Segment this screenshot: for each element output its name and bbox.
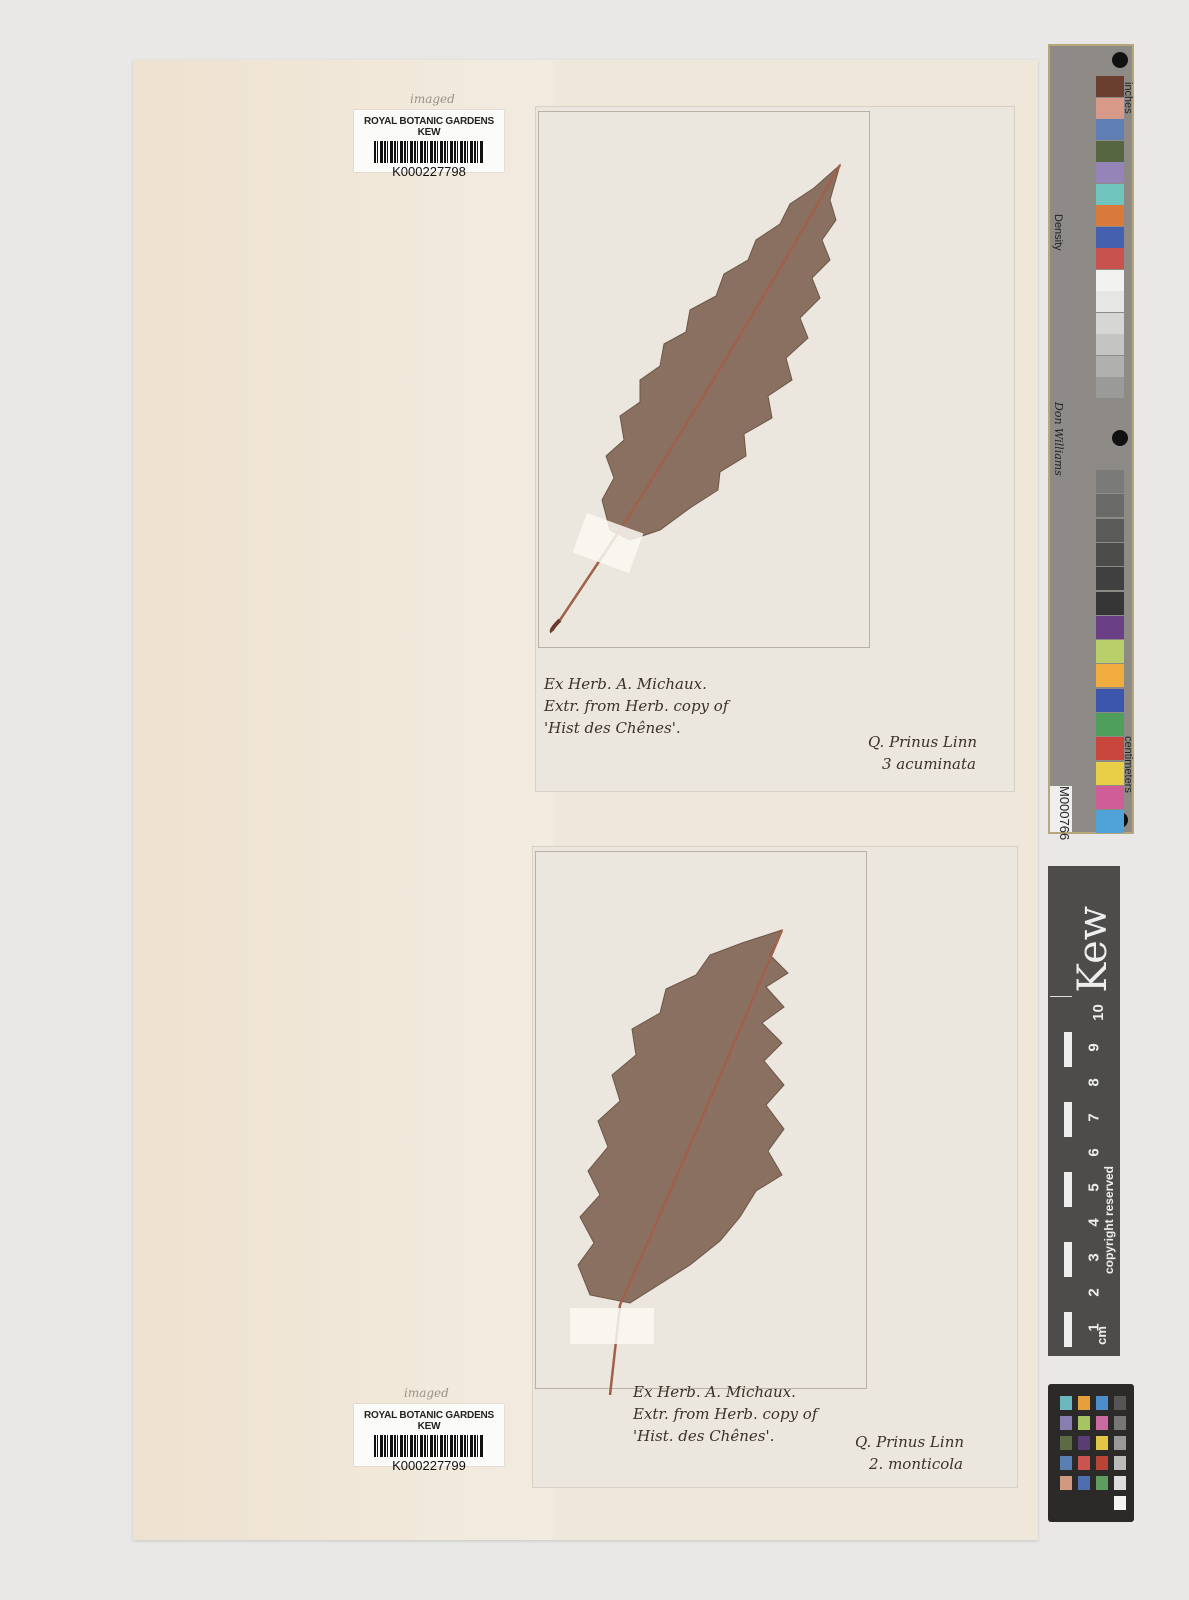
color-swatch — [1096, 76, 1124, 97]
checker-patch — [1096, 1436, 1108, 1450]
scale-segment — [1050, 1276, 1072, 1312]
color-swatch — [1096, 543, 1124, 566]
checker-patch — [1060, 1416, 1072, 1430]
color-swatch — [1096, 270, 1124, 291]
color-swatch — [1096, 567, 1124, 590]
kew-logo: Kew — [1070, 906, 1116, 993]
checker-patch — [1060, 1476, 1072, 1490]
pencil-note: imaged — [410, 92, 455, 106]
color-swatch — [1096, 313, 1124, 334]
checker-patch — [1078, 1476, 1090, 1490]
color-swatch — [1096, 616, 1124, 639]
color-swatch — [1096, 291, 1124, 312]
color-swatch — [1096, 141, 1124, 162]
checker-patch — [1060, 1456, 1072, 1470]
scale-number: 6 — [1086, 1148, 1103, 1156]
color-swatch — [1096, 592, 1124, 615]
color-swatch — [1096, 640, 1124, 663]
barcode-number: K000227799 — [354, 1458, 504, 1473]
scale-number: 3 — [1086, 1253, 1103, 1261]
color-swatch — [1096, 786, 1124, 809]
checker-patch — [1078, 1456, 1090, 1470]
barcode-label-bottom: ROYAL BOTANIC GARDENS KEW K000227799 — [354, 1404, 504, 1466]
checker-gray-patch — [1114, 1436, 1126, 1450]
color-swatch — [1096, 664, 1124, 687]
checker-patch — [1096, 1416, 1108, 1430]
checker-patch — [1096, 1476, 1108, 1490]
scale-number: 2 — [1086, 1288, 1103, 1296]
scale-segment — [1050, 1031, 1072, 1067]
ruler-id: M000766 — [1050, 786, 1072, 832]
checker-gray-patch — [1114, 1456, 1126, 1470]
color-swatch — [1096, 377, 1124, 398]
color-swatch — [1096, 470, 1124, 493]
scale-number: 4 — [1086, 1218, 1103, 1226]
annotation-right: Q. Prinus Linn 3 acuminata — [868, 731, 977, 775]
color-checker-card — [1048, 1384, 1134, 1522]
checker-patch — [1096, 1396, 1108, 1410]
color-swatch — [1096, 184, 1124, 205]
color-swatch — [1096, 494, 1124, 517]
checker-gray-patch — [1114, 1496, 1126, 1510]
color-swatch — [1096, 227, 1124, 248]
checker-patch — [1078, 1416, 1090, 1430]
barcode-number: K000227798 — [354, 164, 504, 179]
pencil-note: imaged — [404, 1386, 449, 1400]
density-label: Density — [1052, 214, 1064, 251]
leaf-specimen-top — [540, 160, 860, 640]
color-swatch — [1096, 713, 1124, 736]
checker-gray-patch — [1114, 1416, 1126, 1430]
barcode — [374, 141, 484, 163]
checker-patch — [1078, 1436, 1090, 1450]
scale-segment — [1050, 1136, 1072, 1172]
scale-number: 8 — [1086, 1078, 1103, 1086]
scale-segment — [1050, 1206, 1072, 1242]
checker-patch — [1078, 1396, 1090, 1410]
sheet-shading — [133, 60, 553, 1540]
scale-number: 1 — [1086, 1323, 1103, 1331]
color-swatch — [1096, 762, 1124, 785]
color-swatch — [1096, 119, 1124, 140]
punch-hole — [1112, 52, 1128, 68]
copyright-text: copyright reserved — [1102, 1166, 1116, 1274]
barcode — [374, 1435, 484, 1457]
color-swatch — [1096, 248, 1124, 269]
scale-number: 9 — [1086, 1043, 1103, 1051]
scale-segment — [1050, 1066, 1072, 1102]
scale-number: 10 — [1090, 1004, 1107, 1021]
scale-segment — [1050, 1311, 1072, 1347]
checker-patch — [1060, 1436, 1072, 1450]
checker-patch — [1096, 1456, 1108, 1470]
checker-gray-patch — [1114, 1476, 1126, 1490]
kew-scale-bar: Kew copyright reserved cm 12345678910 — [1048, 866, 1120, 1356]
color-swatch — [1096, 810, 1124, 833]
color-swatch — [1096, 162, 1124, 183]
color-swatch — [1096, 519, 1124, 542]
color-swatch — [1096, 98, 1124, 119]
color-swatch — [1096, 334, 1124, 355]
scale-segment — [1050, 1241, 1072, 1277]
punch-hole — [1112, 430, 1128, 446]
color-swatch — [1096, 689, 1124, 712]
scale-segment — [1050, 1101, 1072, 1137]
scale-segment — [1050, 1171, 1072, 1207]
tape-strip — [570, 1308, 654, 1344]
annotation-right: Q. Prinus Linn 2. monticola — [855, 1431, 964, 1475]
maker-label: Don Williams — [1052, 402, 1065, 476]
color-density-ruler: inches centimeters Density Don Williams … — [1048, 44, 1134, 834]
scale-number: 7 — [1086, 1113, 1103, 1121]
scale-number: 5 — [1086, 1183, 1103, 1191]
barcode-label-top: ROYAL BOTANIC GARDENS KEW K000227798 — [354, 110, 504, 172]
color-swatch — [1096, 356, 1124, 377]
scale-segment — [1050, 996, 1072, 1032]
color-swatch — [1096, 205, 1124, 226]
color-swatch — [1096, 737, 1124, 760]
cm-scale — [1050, 994, 1072, 1346]
checker-gray-patch — [1114, 1396, 1126, 1410]
checker-patch — [1060, 1396, 1072, 1410]
annotation-left: Ex Herb. A. Michaux. Extr. from Herb. co… — [544, 673, 728, 739]
